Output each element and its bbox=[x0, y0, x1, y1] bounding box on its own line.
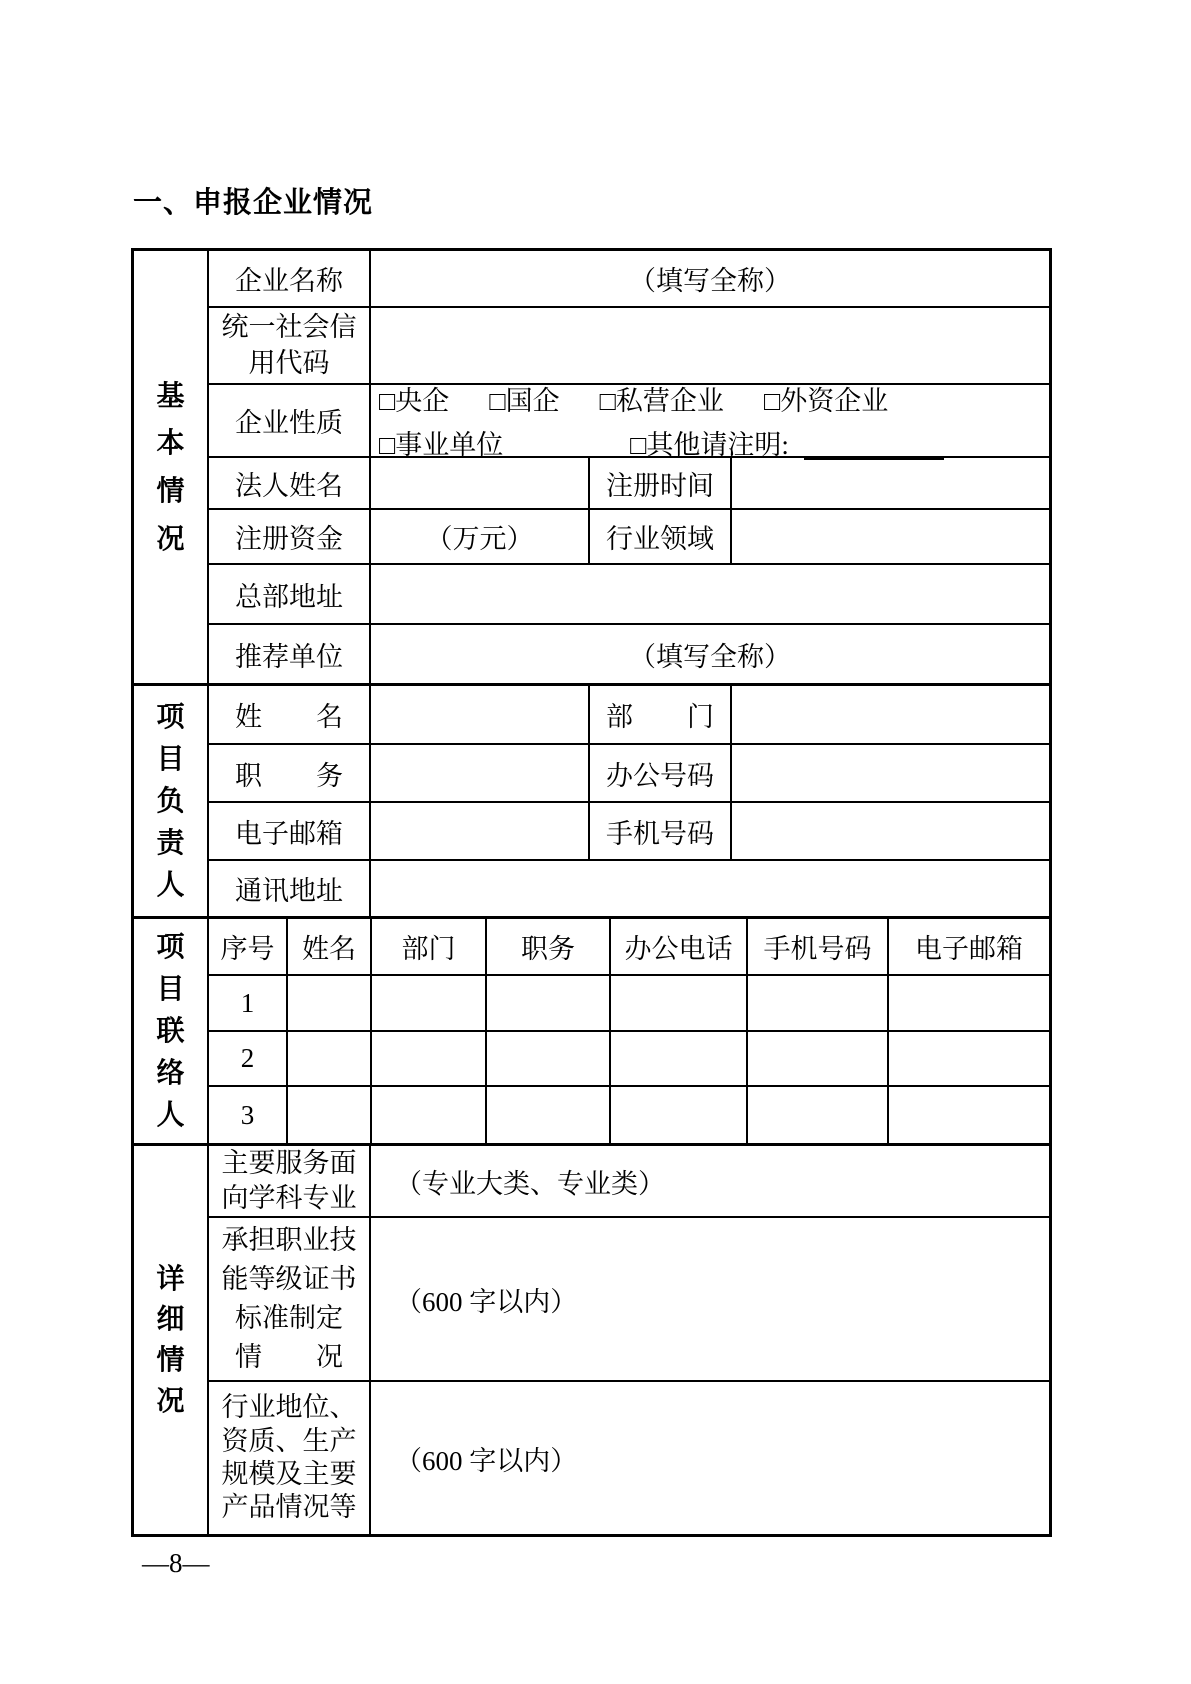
leader-position-value-cell[interactable] bbox=[371, 745, 590, 801]
contact-1-email-cell[interactable] bbox=[889, 976, 1049, 1030]
enterprise-name-label: 企业名称 bbox=[209, 251, 371, 306]
contact-2-name-cell[interactable] bbox=[288, 1032, 372, 1085]
checkbox-private-enterprise[interactable]: □私营企业 bbox=[600, 379, 724, 418]
contacts-header-position: 职务 bbox=[487, 919, 611, 974]
enterprise-nature-options-cell: □央企 □国企 □私营企业 □外资企业 □事业单位 □其他请注明: bbox=[371, 385, 1049, 456]
register-time-value-cell[interactable] bbox=[732, 458, 1049, 508]
leader-dept-value-cell[interactable] bbox=[732, 686, 1049, 743]
certificate-standards-value-cell[interactable]: （600 字以内） bbox=[371, 1218, 1049, 1380]
nature-options-line1: □央企 □国企 □私营企业 □外资企业 bbox=[379, 379, 888, 418]
enterprise-nature-label: 企业性质 bbox=[209, 385, 371, 456]
section-basic-info-label-text: 基本情况 bbox=[155, 372, 187, 562]
contact-2-position-cell[interactable] bbox=[487, 1032, 611, 1085]
leader-mobile-value-cell[interactable] bbox=[732, 803, 1049, 859]
leader-position-label: 职 务 bbox=[209, 745, 371, 801]
contact-3-name-cell[interactable] bbox=[288, 1087, 372, 1143]
checkbox-other[interactable]: □其他请注明: bbox=[630, 430, 789, 460]
section-details-label: 详细情况 bbox=[134, 1146, 209, 1534]
section-basic-info-label: 基本情况 bbox=[134, 251, 209, 683]
row-leader-address: 通讯地址 bbox=[209, 861, 1049, 916]
legal-name-label: 法人姓名 bbox=[209, 458, 371, 508]
leader-email-value-cell[interactable] bbox=[371, 803, 590, 859]
credit-code-label: 统一社会信用代码 bbox=[209, 308, 371, 383]
row-enterprise-nature: 企业性质 □央企 □国企 □私营企业 □外资企业 □事业单位 □其他请注明: bbox=[209, 385, 1049, 458]
contact-1-dept-cell[interactable] bbox=[372, 976, 487, 1030]
page-title: 一、申报企业情况 bbox=[133, 180, 373, 221]
contact-1-position-cell[interactable] bbox=[487, 976, 611, 1030]
leader-office-phone-label: 办公号码 bbox=[590, 745, 732, 801]
contact-3-email-cell[interactable] bbox=[889, 1087, 1049, 1143]
leader-mobile-label: 手机号码 bbox=[590, 803, 732, 859]
contacts-row-2: 2 bbox=[209, 1032, 1049, 1087]
section-details-label-text: 详细情况 bbox=[155, 1259, 187, 1421]
section-project-contacts-label-text: 项目联络人 bbox=[155, 926, 187, 1136]
checkbox-foreign-enterprise[interactable]: □外资企业 bbox=[764, 379, 888, 418]
section-project-contacts: 项目联络人 序号 姓名 部门 职务 办公电话 手机号码 电子邮箱 1 bbox=[134, 919, 1049, 1146]
row-service-majors: 主要服务面向学科专业 （专业大类、专业类） bbox=[209, 1146, 1049, 1218]
contact-2-mobile-cell[interactable] bbox=[748, 1032, 889, 1085]
leader-dept-label: 部 门 bbox=[590, 686, 732, 743]
application-form-table: 基本情况 企业名称 （填写全称） 统一社会信用代码 企业性质 bbox=[131, 248, 1052, 1537]
industry-status-value-cell[interactable]: （600 字以内） bbox=[371, 1382, 1049, 1534]
contacts-row-3: 3 bbox=[209, 1087, 1049, 1143]
row-credit-code: 统一社会信用代码 bbox=[209, 308, 1049, 385]
register-time-label: 注册时间 bbox=[590, 458, 732, 508]
leader-address-value-cell[interactable] bbox=[371, 861, 1049, 916]
row-enterprise-name: 企业名称 （填写全称） bbox=[209, 251, 1049, 308]
contacts-header-office-phone: 办公电话 bbox=[611, 919, 748, 974]
contact-3-office-phone-cell[interactable] bbox=[611, 1087, 748, 1143]
contacts-row-1: 1 bbox=[209, 976, 1049, 1032]
section-details-body: 主要服务面向学科专业 （专业大类、专业类） 承担职业技 能等级证书 标准制定 情… bbox=[209, 1146, 1049, 1534]
row-registered-capital: 注册资金 （万元） 行业领域 bbox=[209, 510, 1049, 565]
checkbox-public-institution[interactable]: □事业单位 bbox=[379, 430, 503, 460]
page-number: —8— bbox=[142, 1548, 210, 1579]
section-basic-info-body: 企业名称 （填写全称） 统一社会信用代码 企业性质 □央企 □国企 bbox=[209, 251, 1049, 683]
legal-name-value-cell[interactable] bbox=[371, 458, 590, 508]
contact-1-office-phone-cell[interactable] bbox=[611, 976, 748, 1030]
contacts-header-dept: 部门 bbox=[372, 919, 487, 974]
contacts-header-row: 序号 姓名 部门 职务 办公电话 手机号码 电子邮箱 bbox=[209, 919, 1049, 976]
contacts-header-email: 电子邮箱 bbox=[889, 919, 1049, 974]
recommend-unit-label: 推荐单位 bbox=[209, 625, 371, 683]
leader-email-label: 电子邮箱 bbox=[209, 803, 371, 859]
contact-3-dept-cell[interactable] bbox=[372, 1087, 487, 1143]
registered-capital-value-cell[interactable]: （万元） bbox=[371, 510, 590, 563]
section-project-leader-label-text: 项目负责人 bbox=[155, 696, 187, 906]
contact-2-email-cell[interactable] bbox=[889, 1032, 1049, 1085]
contacts-header-name: 姓名 bbox=[288, 919, 372, 974]
row-leader-position: 职 务 办公号码 bbox=[209, 745, 1049, 803]
service-majors-value-cell[interactable]: （专业大类、专业类） bbox=[371, 1146, 1049, 1216]
section-basic-info: 基本情况 企业名称 （填写全称） 统一社会信用代码 企业性质 bbox=[134, 251, 1049, 686]
section-project-leader-label: 项目负责人 bbox=[134, 686, 209, 916]
row-legal-name: 法人姓名 注册时间 bbox=[209, 458, 1049, 510]
checkbox-state-owned[interactable]: □国企 bbox=[489, 379, 559, 418]
section-project-contacts-label: 项目联络人 bbox=[134, 919, 209, 1143]
hq-address-value-cell[interactable] bbox=[371, 565, 1049, 623]
row-industry-status: 行业地位、 资质、生产 规模及主要 产品情况等 （600 字以内） bbox=[209, 1382, 1049, 1534]
section-project-leader-body: 姓 名 部 门 职 务 办公号码 电子邮箱 手机号码 bbox=[209, 686, 1049, 916]
contacts-header-no: 序号 bbox=[209, 919, 288, 974]
contact-3-mobile-cell[interactable] bbox=[748, 1087, 889, 1143]
contact-3-position-cell[interactable] bbox=[487, 1087, 611, 1143]
leader-name-label: 姓 名 bbox=[209, 686, 371, 743]
document-page: 一、申报企业情况 基本情况 企业名称 （填写全称） 统一社会信用代码 企 bbox=[0, 0, 1191, 1684]
industry-status-label-text: 行业地位、 资质、生产 规模及主要 产品情况等 bbox=[222, 1391, 357, 1525]
credit-code-value-cell[interactable] bbox=[371, 308, 1049, 383]
industry-field-value-cell[interactable] bbox=[732, 510, 1049, 563]
section-project-contacts-body: 序号 姓名 部门 职务 办公电话 手机号码 电子邮箱 1 bbox=[209, 919, 1049, 1143]
credit-code-label-text: 统一社会信用代码 bbox=[215, 310, 363, 380]
nature-options-line2: □事业单位 □其他请注明: bbox=[379, 423, 944, 462]
industry-field-label: 行业领域 bbox=[590, 510, 732, 563]
leader-name-value-cell[interactable] bbox=[371, 686, 590, 743]
row-certificate-standards: 承担职业技 能等级证书 标准制定 情 况 （600 字以内） bbox=[209, 1218, 1049, 1382]
industry-status-label: 行业地位、 资质、生产 规模及主要 产品情况等 bbox=[209, 1382, 371, 1534]
hq-address-label: 总部地址 bbox=[209, 565, 371, 623]
leader-office-phone-value-cell[interactable] bbox=[732, 745, 1049, 801]
contact-2-office-phone-cell[interactable] bbox=[611, 1032, 748, 1085]
contact-1-name-cell[interactable] bbox=[288, 976, 372, 1030]
contact-3-no: 3 bbox=[209, 1087, 288, 1143]
contacts-header-mobile: 手机号码 bbox=[748, 919, 889, 974]
other-blank-underline[interactable] bbox=[804, 430, 944, 460]
certificate-standards-label: 承担职业技 能等级证书 标准制定 情 况 bbox=[209, 1218, 371, 1380]
row-leader-email: 电子邮箱 手机号码 bbox=[209, 803, 1049, 861]
enterprise-name-value-cell[interactable]: （填写全称） bbox=[371, 251, 1049, 306]
service-majors-label: 主要服务面向学科专业 bbox=[209, 1146, 371, 1216]
section-project-leader: 项目负责人 姓 名 部 门 职 务 办公号码 电子邮箱 bbox=[134, 686, 1049, 919]
contact-1-mobile-cell[interactable] bbox=[748, 976, 889, 1030]
recommend-unit-value-cell[interactable]: （填写全称） bbox=[371, 625, 1049, 683]
row-leader-name: 姓 名 部 门 bbox=[209, 686, 1049, 745]
contact-2-no: 2 bbox=[209, 1032, 288, 1085]
leader-address-label: 通讯地址 bbox=[209, 861, 371, 916]
checkbox-central-enterprise[interactable]: □央企 bbox=[379, 379, 449, 418]
row-recommend-unit: 推荐单位 （填写全称） bbox=[209, 625, 1049, 683]
registered-capital-label: 注册资金 bbox=[209, 510, 371, 563]
certificate-standards-label-text: 承担职业技 能等级证书 标准制定 情 况 bbox=[222, 1221, 357, 1378]
service-majors-label-text: 主要服务面向学科专业 bbox=[215, 1146, 363, 1216]
contact-1-no: 1 bbox=[209, 976, 288, 1030]
section-details: 详细情况 主要服务面向学科专业 （专业大类、专业类） 承担职业技 能等级证书 标… bbox=[134, 1146, 1049, 1534]
contact-2-dept-cell[interactable] bbox=[372, 1032, 487, 1085]
row-hq-address: 总部地址 bbox=[209, 565, 1049, 625]
